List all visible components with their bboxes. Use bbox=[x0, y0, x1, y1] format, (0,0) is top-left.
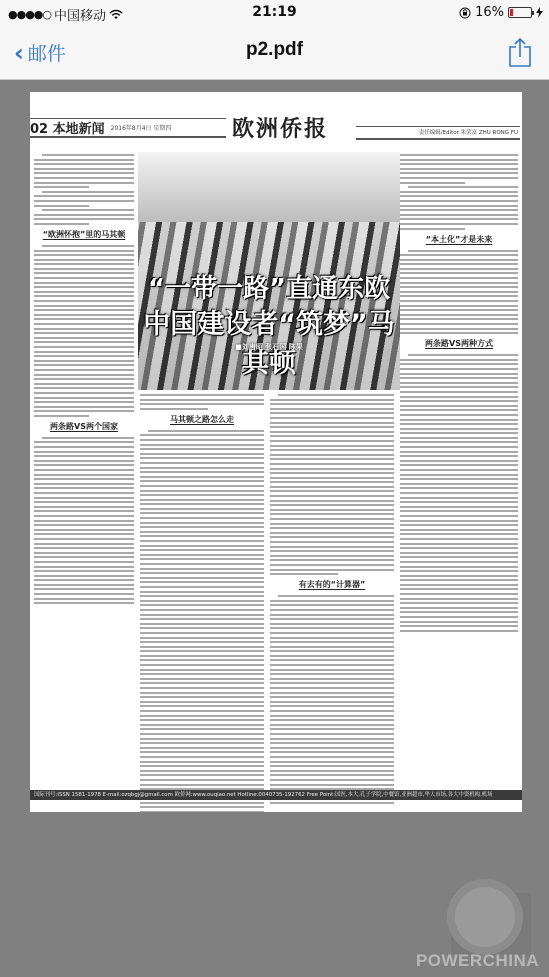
watermark-text: POWERCHINA bbox=[416, 951, 539, 971]
article-column-4: “本土化”才是未来 两条路VS两种方式 bbox=[400, 154, 518, 634]
body-text bbox=[34, 154, 134, 225]
body-text bbox=[400, 250, 518, 335]
subhead: “欧洲怀抱”里的马其顿 bbox=[34, 229, 134, 240]
document-title: p2.pdf bbox=[0, 39, 549, 61]
subhead: 有去有的“计算器” bbox=[270, 579, 394, 590]
editor-credit: 责任编辑/Editor 朱荣富 ZHU RONG FU bbox=[356, 126, 520, 140]
battery-icon bbox=[508, 7, 532, 18]
newspaper-masthead: 欧洲侨报 bbox=[232, 112, 328, 143]
article-column-1: “欧洲怀抱”里的马其顿 两条路VS两个国家 bbox=[34, 154, 134, 607]
body-text bbox=[34, 245, 134, 417]
subhead: 马其顿之路怎么走 bbox=[140, 414, 264, 425]
byline: ■刘唐昭 张石国 陈果 bbox=[138, 342, 400, 352]
body-text bbox=[400, 354, 518, 632]
orientation-lock-icon bbox=[459, 7, 471, 19]
body-text bbox=[34, 437, 134, 604]
share-icon[interactable] bbox=[507, 37, 533, 67]
pdf-viewer[interactable]: 02 本地新闻 2016年8月4日 星期四 欧洲侨报 责任编辑/Editor 朱… bbox=[0, 80, 549, 977]
headline-line-1: “一带一路”直通东欧 bbox=[138, 268, 400, 305]
body-text bbox=[140, 430, 264, 812]
ios-top-bar: ●●●●○ 中国移动 21:19 16% ‹ 邮件 bbox=[0, 0, 549, 80]
body-text bbox=[270, 394, 394, 575]
article-column-3: 有去有的“计算器” bbox=[270, 394, 394, 806]
watermark-logo-icon bbox=[455, 887, 515, 947]
section-header: 02 本地新闻 2016年8月4日 星期四 bbox=[30, 118, 226, 138]
subhead: 两条路VS两个国家 bbox=[34, 421, 134, 432]
body-text bbox=[140, 394, 264, 410]
battery-percent: 16% bbox=[475, 5, 504, 20]
subhead: “本土化”才是未来 bbox=[400, 234, 518, 245]
status-right: 16% bbox=[459, 5, 543, 20]
issue-date: 2016年8月4日 星期四 bbox=[111, 123, 172, 132]
headline-line-2: 中国建设者“筑梦”马其顿 bbox=[138, 302, 400, 380]
bolt-icon bbox=[536, 7, 543, 18]
navigation-bar: ‹ 邮件 p2.pdf bbox=[0, 27, 549, 79]
subhead: 两条路VS两种方式 bbox=[400, 338, 518, 349]
section-title: 02 本地新闻 bbox=[30, 118, 105, 137]
body-text bbox=[270, 595, 394, 804]
newspaper-footer: 国际刊号:ISSN 1581-1978 E-mail:ozqbgj@gmail.… bbox=[30, 790, 522, 800]
body-text bbox=[400, 154, 518, 230]
article-column-2: 马其顿之路怎么走 bbox=[140, 394, 264, 812]
article-photo: “一带一路”直通东欧 中国建设者“筑梦”马其顿 ■刘唐昭 张石国 陈果 bbox=[138, 152, 400, 390]
status-bar: ●●●●○ 中国移动 21:19 16% bbox=[0, 0, 549, 27]
pdf-page[interactable]: 02 本地新闻 2016年8月4日 星期四 欧洲侨报 责任编辑/Editor 朱… bbox=[30, 92, 522, 812]
